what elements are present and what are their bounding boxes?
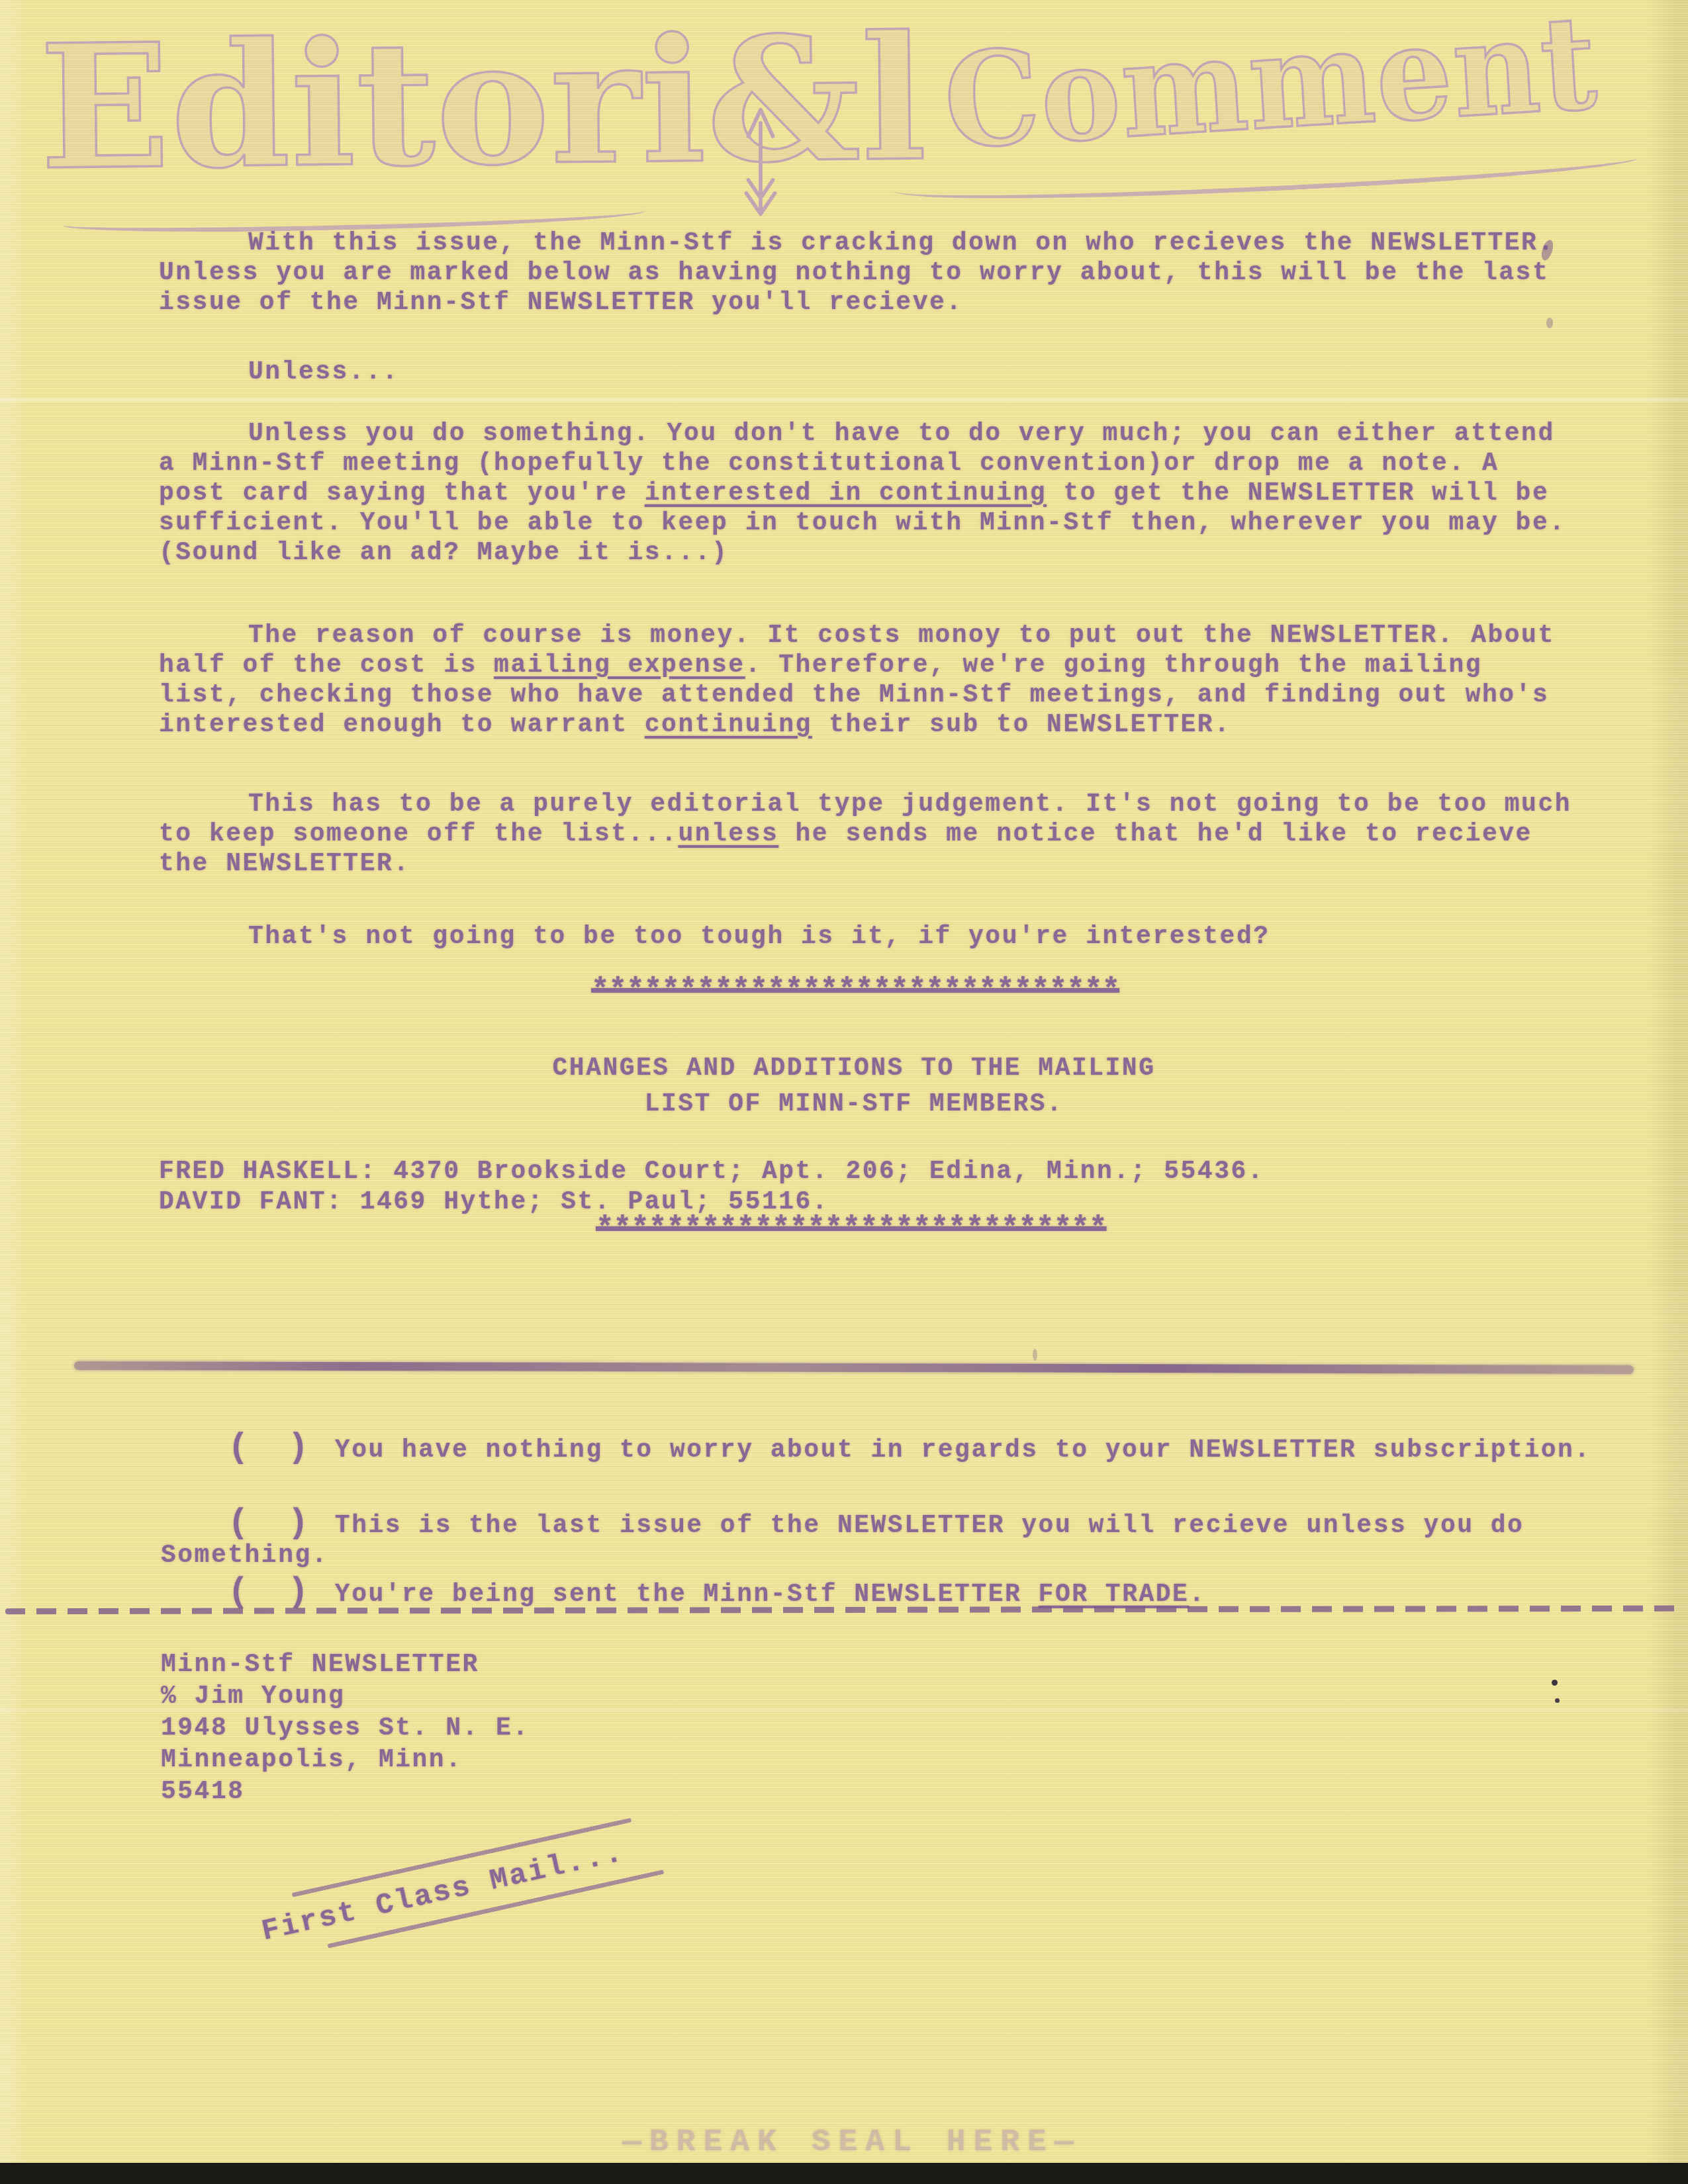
arrow-doodle-icon — [732, 99, 789, 228]
ink-speck — [1033, 1349, 1037, 1361]
paragraph-what-to-do: Unless you do something. You don't have … — [159, 419, 1609, 568]
checkbox-row-for-trade: ( )You're being sent the Minn-Stf NEWSLE… — [161, 1547, 1670, 1639]
member-address-haskell: FRED HASKELL: 4370 Brookside Court; Apt.… — [159, 1157, 1264, 1187]
mailing-list-heading: CHANGES AND ADDITIONS TO THE MAILING LIS… — [152, 1051, 1556, 1122]
checkbox-parens: ( ) — [228, 1572, 318, 1612]
asterisk-separator: ***************************** — [596, 1214, 1107, 1244]
title-editorial: Editori&l — [38, 0, 927, 208]
scan-edge-bar — [0, 2163, 1688, 2184]
checkbox-label: You're being sent the Minn-Stf NEWSLETTE… — [335, 1580, 1206, 1609]
checkbox-label: You have nothing to worry about in regar… — [335, 1436, 1591, 1465]
paper-crease — [0, 398, 1688, 402]
paragraph-closing: That's not going to be too tough is it, … — [159, 922, 1609, 952]
paragraph-intro: With this issue, the Minn-Stf is crackin… — [159, 228, 1609, 318]
pencil-note-break-seal: —BREAK SEAL HERE— — [622, 2128, 1082, 2158]
paragraph-unless: Unless... — [159, 357, 1609, 387]
staple-hole — [1552, 1680, 1558, 1686]
asterisk-separator: ****************************** — [591, 976, 1119, 1006]
checkbox-parens: ( ) — [228, 1428, 318, 1467]
paper-crease — [0, 1709, 1688, 1712]
first-class-mail-stamp: First Class Mail... — [253, 1815, 654, 1962]
paragraph-judgement: This has to be a purely editorial type j… — [159, 790, 1609, 879]
staple-hole — [1555, 1698, 1560, 1703]
checkbox-parens: ( ) — [228, 1504, 318, 1543]
paragraph-money: The reason of course is money. It costs … — [159, 621, 1609, 740]
horizontal-rule-thick — [74, 1361, 1634, 1374]
return-address-block: Minn-Stf NEWSLETTER % Jim Young 1948 Uly… — [161, 1649, 530, 1808]
ink-speck — [1546, 318, 1553, 328]
scanned-newsletter-page: Editori&l Comment With this issue, the M… — [0, 0, 1688, 2184]
